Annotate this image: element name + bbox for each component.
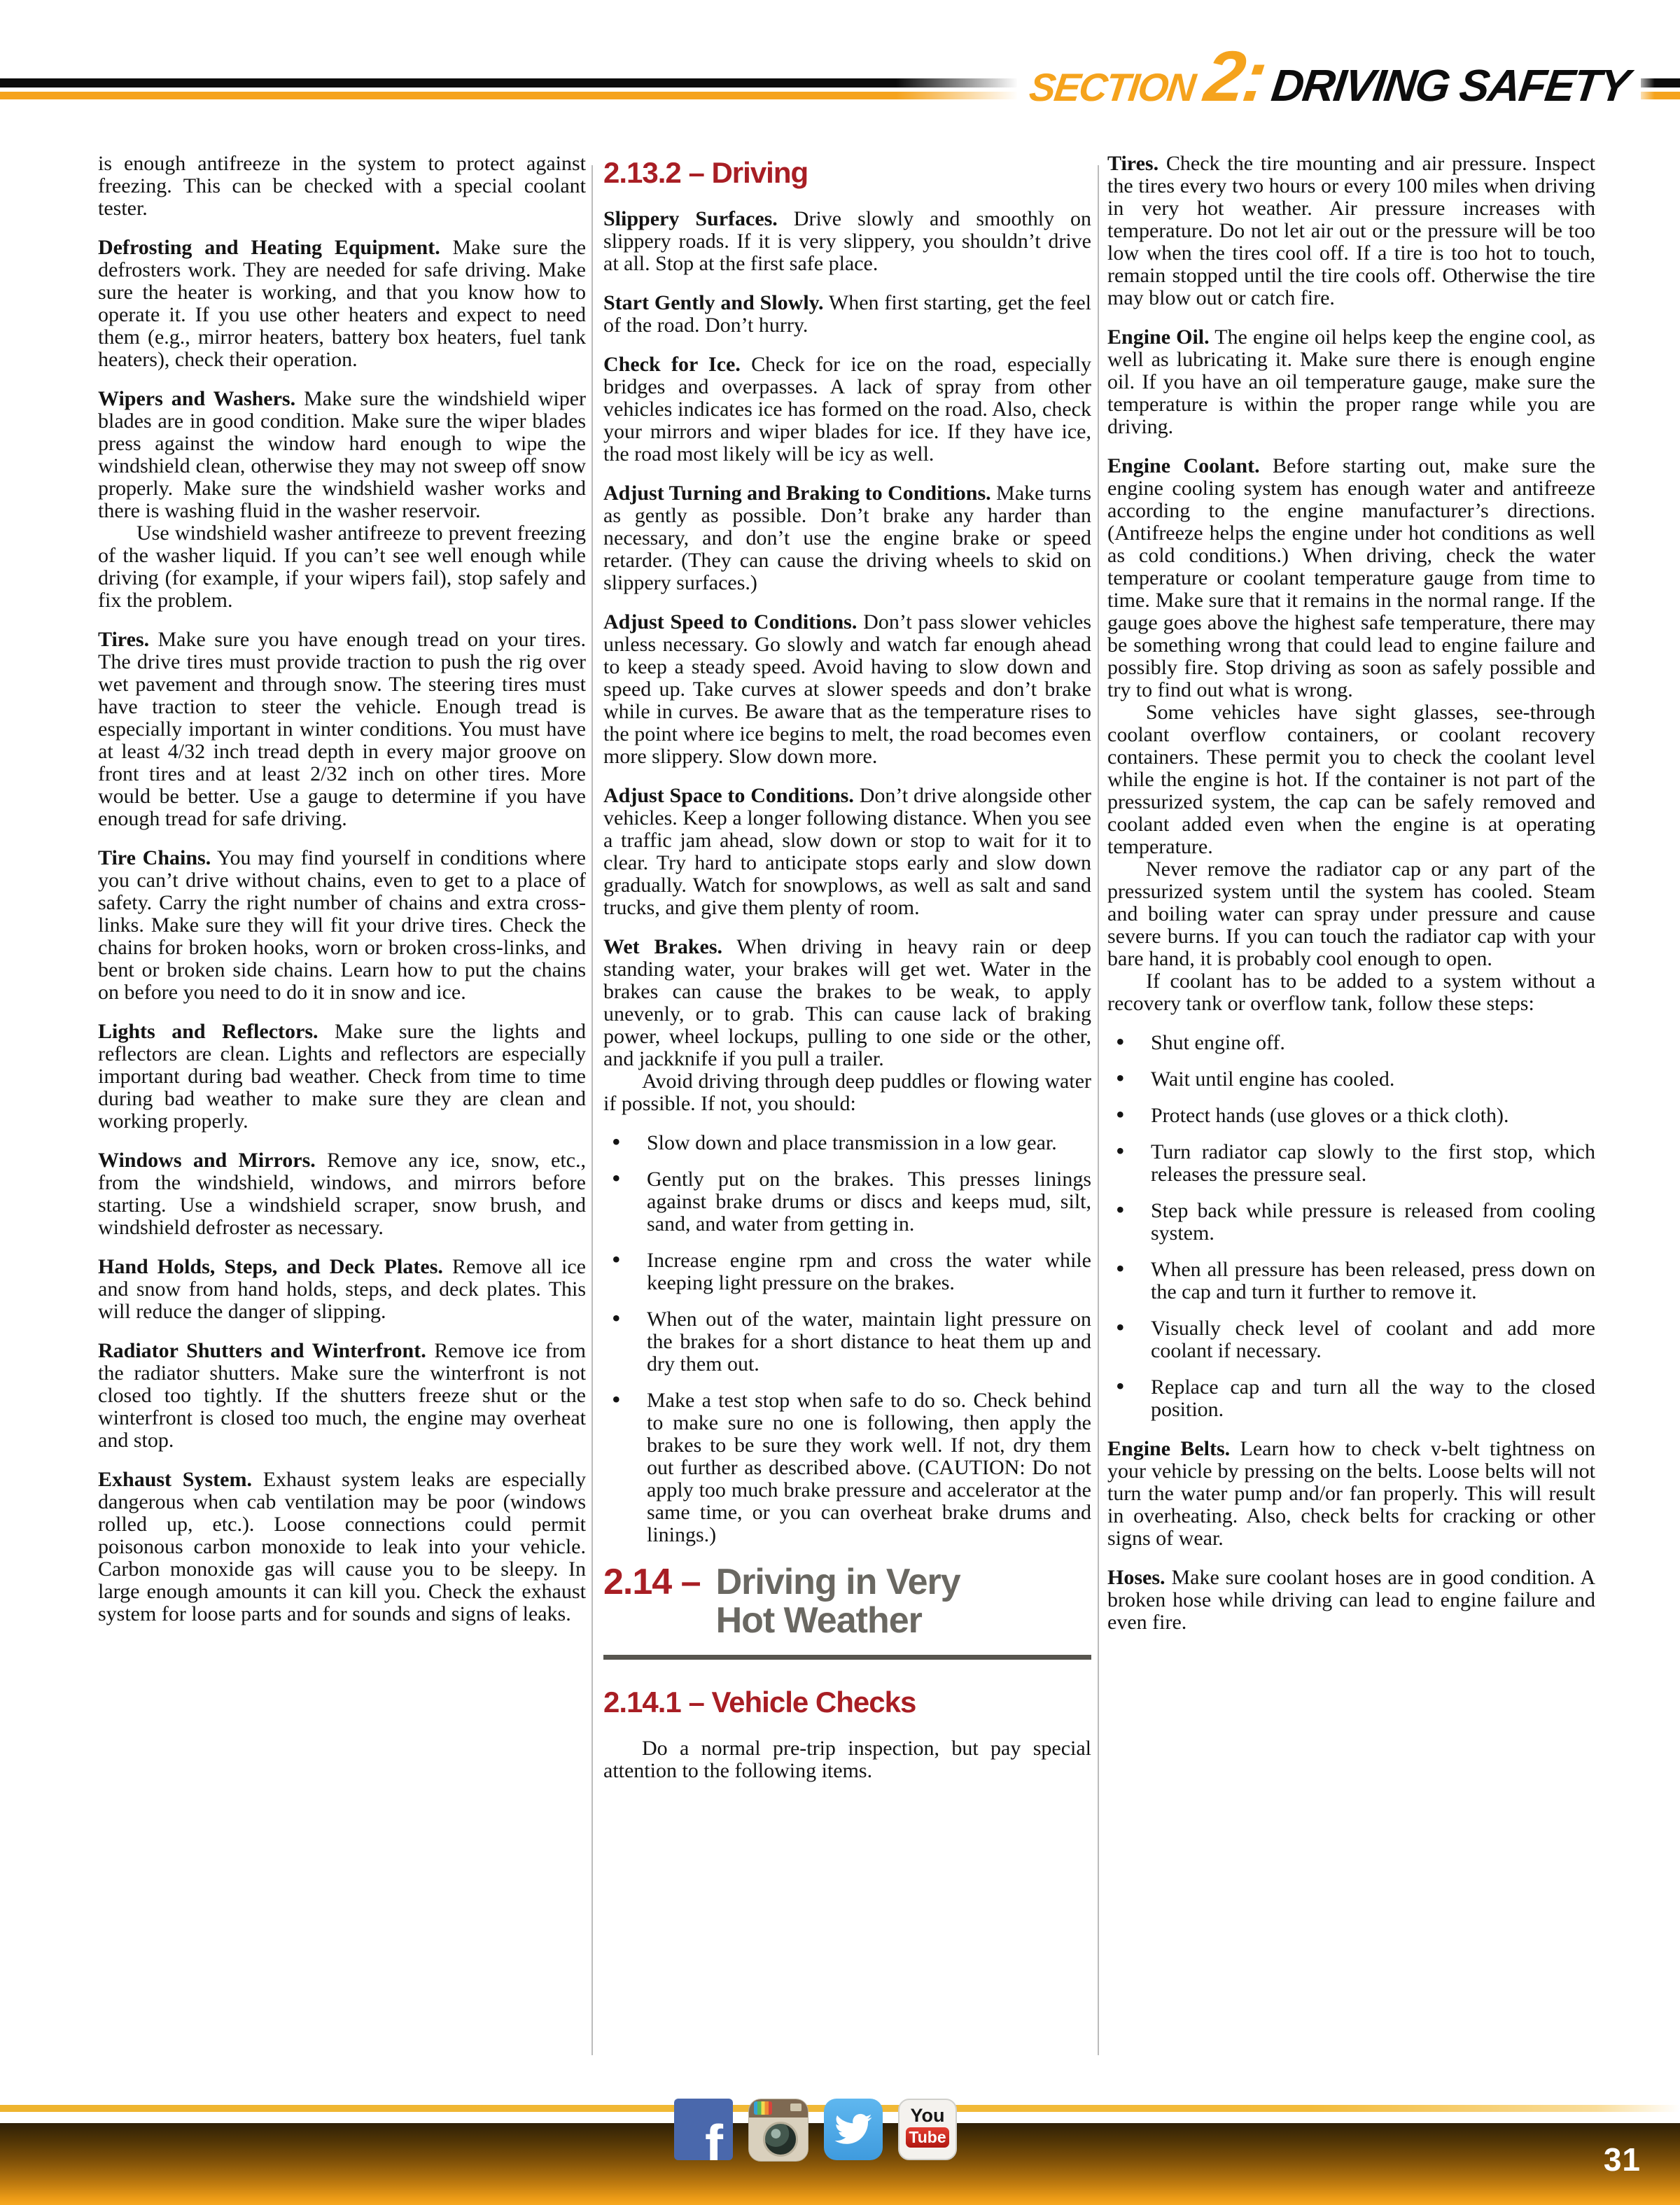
paragraph-text: Before starting out, make sure the engin…	[1107, 454, 1595, 701]
bullet-item: Wait until engine has cooled.	[1107, 1068, 1595, 1091]
paragraph: Engine Coolant. Before starting out, mak…	[1107, 455, 1595, 701]
paragraph: Never remove the radiator cap or any par…	[1107, 858, 1595, 970]
bullet-list: Slow down and place transmission in a lo…	[603, 1132, 1091, 1546]
section-heading-number: 2.14 –	[603, 1563, 701, 1602]
run-in-heading: Wipers and Washers.	[98, 387, 295, 410]
paragraph: If coolant has to be added to a system w…	[1107, 970, 1595, 1015]
run-in-heading: Engine Coolant.	[1107, 454, 1260, 477]
bullet-text: Increase engine rpm and cross the water …	[647, 1249, 1091, 1294]
run-in-heading: Defrosting and Heating Equipment.	[98, 236, 440, 259]
section-banner: SECTION 2: DRIVING SAFETY	[1017, 41, 1641, 112]
run-in-heading: Adjust Turning and Braking to Conditions…	[603, 482, 991, 505]
facebook-f-glyph: f	[705, 2117, 723, 2160]
run-in-heading: Adjust Space to Conditions.	[603, 784, 854, 807]
instagram-rainbow-stripe	[754, 2101, 772, 2115]
instagram-lens	[763, 2122, 798, 2157]
paragraph-text: Exhaust system leaks are especially dang…	[98, 1468, 586, 1625]
bullet-item: Slow down and place transmission in a lo…	[603, 1132, 1091, 1154]
section-heading-title-line: Driving in Very	[716, 1563, 960, 1602]
bullet-item: Step back while pressure is released fro…	[1107, 1200, 1595, 1245]
paragraph: Use windshield washer antifreeze to prev…	[98, 522, 586, 612]
paragraph: Lights and Reflectors. Make sure the lig…	[98, 1021, 586, 1133]
bullet-text: Wait until engine has cooled.	[1151, 1067, 1394, 1091]
run-in-heading: Adjust Speed to Conditions.	[603, 610, 857, 633]
paragraph: Defrosting and Heating Equipment. Make s…	[98, 237, 586, 371]
bullet-item: Gently put on the brakes. This presses l…	[603, 1168, 1091, 1235]
manual-page: SECTION 2: DRIVING SAFETY is enough anti…	[0, 0, 1680, 2205]
paragraph: is enough antifreeze in the system to pr…	[98, 153, 586, 220]
page-title: DRIVING SAFETY	[1269, 63, 1631, 108]
column-2: 2.13.2 – DrivingSlippery Surfaces. Drive…	[603, 153, 1091, 1799]
paragraph: Wipers and Washers. Make sure the windsh…	[98, 388, 586, 522]
header-black-stripe-left	[0, 78, 1018, 87]
column-3: Tires. Check the tire mounting and air p…	[1107, 153, 1595, 1651]
run-in-heading: Start Gently and Slowly.	[603, 291, 824, 314]
paragraph-text: If coolant has to be added to a system w…	[1107, 969, 1595, 1015]
paragraph-text: Check the tire mounting and air pressure…	[1107, 152, 1595, 309]
bullet-item: Protect hands (use gloves or a thick clo…	[1107, 1105, 1595, 1127]
sub-section-heading: 2.13.2 – Driving	[603, 157, 1091, 188]
paragraph-text: Don’t pass slower vehicles unless necess…	[603, 610, 1091, 768]
paragraph: Windows and Mirrors. Remove any ice, sno…	[98, 1149, 586, 1239]
bullet-text: Step back while pressure is released fro…	[1151, 1199, 1595, 1245]
paragraph-text: You may find yourself in conditions wher…	[98, 846, 586, 1004]
section-heading-rule	[603, 1655, 1091, 1660]
paragraph: Adjust Space to Conditions. Don’t drive …	[603, 785, 1091, 919]
paragraph: Tire Chains. You may find yourself in co…	[98, 847, 586, 1004]
column-divider	[591, 165, 593, 2055]
column-divider	[1098, 165, 1099, 2055]
bullet-list: Shut engine off.Wait until engine has co…	[1107, 1032, 1595, 1421]
column-1: is enough antifreeze in the system to pr…	[98, 153, 586, 1642]
paragraph-text: Avoid driving through deep puddles or fl…	[603, 1070, 1091, 1115]
social-links: f You Tube	[674, 2099, 957, 2162]
page-number: 31	[1604, 2143, 1641, 2176]
bullet-item: Visually check level of coolant and add …	[1107, 1317, 1595, 1362]
bullet-text: Slow down and place transmission in a lo…	[647, 1131, 1057, 1154]
bullet-text: Shut engine off.	[1151, 1031, 1285, 1054]
bullet-item: Increase engine rpm and cross the water …	[603, 1249, 1091, 1294]
paragraph-text: Never remove the radiator cap or any par…	[1107, 857, 1595, 970]
run-in-heading: Hoses.	[1107, 1566, 1165, 1589]
paragraph: Adjust Turning and Braking to Conditions…	[603, 482, 1091, 594]
run-in-heading: Hand Holds, Steps, and Deck Plates.	[98, 1255, 443, 1278]
youtube-you-label: You	[899, 2106, 955, 2125]
run-in-heading: Engine Belts.	[1107, 1437, 1230, 1460]
section-heading-title: Driving in VeryHot Weather	[716, 1563, 960, 1640]
twitter-icon[interactable]	[824, 2099, 883, 2160]
bullet-text: When all pressure has been released, pre…	[1151, 1258, 1595, 1303]
paragraph-text: Make sure coolant hoses are in good cond…	[1107, 1566, 1595, 1634]
paragraph: Adjust Speed to Conditions. Don’t pass s…	[603, 611, 1091, 768]
paragraph: Check for Ice. Check for ice on the road…	[603, 353, 1091, 465]
paragraph-text: Make sure you have enough tread on your …	[98, 628, 586, 830]
paragraph: Slippery Surfaces. Drive slowly and smoo…	[603, 208, 1091, 275]
section-heading: 2.14 –Driving in VeryHot Weather	[603, 1563, 1091, 1640]
paragraph: Avoid driving through deep puddles or fl…	[603, 1070, 1091, 1115]
run-in-heading: Tires.	[1107, 152, 1158, 175]
paragraph-text: is enough antifreeze in the system to pr…	[98, 152, 586, 220]
paragraph: Tires. Check the tire mounting and air p…	[1107, 153, 1595, 309]
paragraph: Engine Oil. The engine oil helps keep th…	[1107, 326, 1595, 438]
run-in-heading: Radiator Shutters and Winterfront.	[98, 1339, 426, 1362]
bullet-text: Visually check level of coolant and add …	[1151, 1317, 1595, 1362]
bullet-text: Protect hands (use gloves or a thick clo…	[1151, 1104, 1509, 1127]
bullet-text: When out of the water, maintain light pr…	[647, 1308, 1091, 1375]
sub-section-heading: 2.14.1 – Vehicle Checks	[603, 1686, 1091, 1718]
paragraph: Exhaust System. Exhaust system leaks are…	[98, 1469, 586, 1625]
paragraph-text: Some vehicles have sight glasses, see-th…	[1107, 701, 1595, 858]
section-heading-title-line: Hot Weather	[716, 1602, 960, 1640]
section-word: SECTION	[1028, 68, 1197, 107]
run-in-heading: Check for Ice.	[603, 353, 741, 376]
bullet-item: Turn radiator cap slowly to the first st…	[1107, 1141, 1595, 1186]
bullet-item: Shut engine off.	[1107, 1032, 1595, 1054]
bullet-item: Make a test stop when safe to do so. Che…	[603, 1389, 1091, 1546]
bullet-text: Turn radiator cap slowly to the first st…	[1151, 1140, 1595, 1186]
paragraph: Some vehicles have sight glasses, see-th…	[1107, 701, 1595, 858]
bullet-text: Make a test stop when safe to do so. Che…	[647, 1389, 1091, 1546]
instagram-icon[interactable]	[748, 2099, 808, 2162]
run-in-heading: Lights and Reflectors.	[98, 1020, 318, 1043]
twitter-bird-icon	[833, 2109, 874, 2150]
run-in-heading: Wet Brakes.	[603, 935, 722, 958]
paragraph: Wet Brakes. When driving in heavy rain o…	[603, 936, 1091, 1070]
paragraph: Engine Belts. Learn how to check v-belt …	[1107, 1438, 1595, 1550]
youtube-tube-label: Tube	[906, 2127, 949, 2148]
facebook-icon[interactable]: f	[674, 2099, 733, 2160]
bullet-item: When out of the water, maintain light pr…	[603, 1308, 1091, 1375]
bullet-text: Gently put on the brakes. This presses l…	[647, 1168, 1091, 1235]
paragraph-text: Do a normal pre-trip inspection, but pay…	[603, 1737, 1091, 1782]
run-in-heading: Tire Chains.	[98, 846, 211, 869]
bullet-item: When all pressure has been released, pre…	[1107, 1259, 1595, 1303]
header-orange-stripe-left	[0, 92, 1018, 99]
paragraph: Hand Holds, Steps, and Deck Plates. Remo…	[98, 1256, 586, 1323]
section-number: 2:	[1201, 41, 1269, 112]
run-in-heading: Windows and Mirrors.	[98, 1149, 316, 1172]
paragraph: Do a normal pre-trip inspection, but pay…	[603, 1737, 1091, 1782]
paragraph: Radiator Shutters and Winterfront. Remov…	[98, 1340, 586, 1452]
instagram-viewfinder	[790, 2103, 801, 2111]
youtube-icon[interactable]: You Tube	[898, 2099, 957, 2160]
run-in-heading: Exhaust System.	[98, 1468, 252, 1491]
run-in-heading: Tires.	[98, 628, 149, 651]
paragraph: Tires. Make sure you have enough tread o…	[98, 629, 586, 830]
bullet-text: Replace cap and turn all the way to the …	[1151, 1375, 1595, 1421]
paragraph: Start Gently and Slowly. When first star…	[603, 292, 1091, 337]
run-in-heading: Engine Oil.	[1107, 325, 1210, 349]
paragraph-text: Use windshield washer antifreeze to prev…	[98, 521, 586, 612]
bullet-item: Replace cap and turn all the way to the …	[1107, 1376, 1595, 1421]
paragraph: Hoses. Make sure coolant hoses are in go…	[1107, 1567, 1595, 1634]
run-in-heading: Slippery Surfaces.	[603, 207, 778, 230]
